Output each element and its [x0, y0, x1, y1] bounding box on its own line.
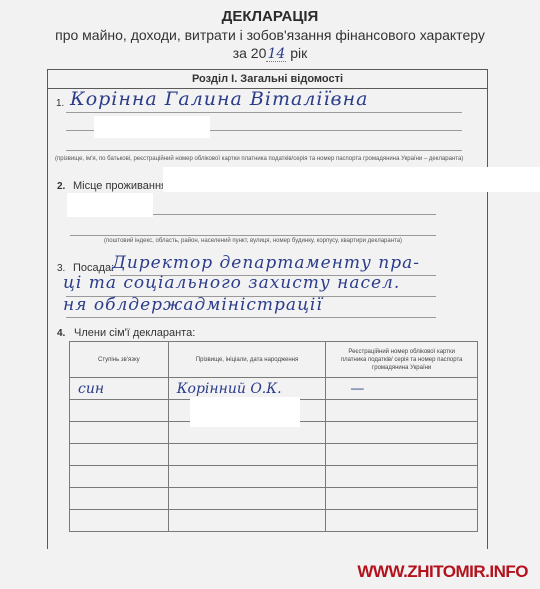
- redacted-block: [163, 167, 540, 192]
- cell-relation: [70, 400, 169, 422]
- header-tax-id: Реєстраційний номер облікової картки пла…: [326, 342, 478, 378]
- table-row: [70, 510, 478, 532]
- table-row: [70, 444, 478, 466]
- year-handwritten: 14: [266, 47, 286, 62]
- cell-tax-id: [326, 510, 478, 532]
- cell-name: [168, 466, 326, 488]
- family-members-label: Члени сім'ї декларанта:: [74, 327, 195, 339]
- redacted-block: [67, 193, 153, 217]
- header-relation: Ступінь зв'язку: [70, 342, 169, 378]
- cell-relation: [70, 422, 169, 444]
- declaration-year-line: за 2014 рік: [0, 45, 540, 62]
- item1-line-3: [66, 150, 462, 151]
- cell-tax-id: [326, 466, 478, 488]
- table-row: [70, 488, 478, 510]
- item2-line-1: [153, 214, 436, 215]
- redacted-block: [190, 397, 300, 427]
- section-title: Розділ І. Загальні відомості: [47, 69, 488, 89]
- item1-caption: (прізвище, ім'я, по батькові, реєстрацій…: [55, 156, 463, 162]
- document-title: ДЕКЛАРАЦІЯ: [0, 8, 540, 25]
- table-header-row: Ступінь зв'язку Прізвище, ініціали, дата…: [70, 342, 478, 378]
- cell-relation: [70, 510, 169, 532]
- site-watermark: WWW.ZHITOMIR.INFO: [357, 562, 528, 582]
- item2-caption: (поштовий індекс, область, район, населе…: [104, 238, 402, 244]
- year-prefix: за 20: [233, 45, 267, 61]
- item3-line-3: [66, 317, 436, 318]
- cell-tax-id: [326, 422, 478, 444]
- document-subtitle: про майно, доходи, витрати і зобов'язанн…: [0, 27, 540, 43]
- table-row: [70, 466, 478, 488]
- cell-relation: [70, 466, 169, 488]
- cell-name: [168, 510, 326, 532]
- family-members-table: Ступінь зв'язку Прізвище, ініціали, дата…: [69, 341, 478, 532]
- position-handwritten-line-3: ня облдержадміністрації: [63, 295, 323, 315]
- cell-tax-id: —: [326, 378, 478, 400]
- redacted-block: [94, 116, 210, 138]
- item2-number: 2.: [57, 181, 65, 192]
- item1-line-1: [66, 112, 462, 113]
- cell-tax-id: [326, 488, 478, 510]
- item1-number: 1.: [56, 98, 64, 109]
- cell-relation: [70, 444, 169, 466]
- year-suffix: рік: [290, 45, 307, 61]
- cell-relation: [70, 488, 169, 510]
- item4-number: 4.: [57, 328, 65, 339]
- cell-name: [168, 444, 326, 466]
- cell-tax-id: [326, 444, 478, 466]
- declarant-name-handwritten: Корінна Галина Віталіївна: [70, 88, 368, 110]
- cell-relation: син: [70, 378, 169, 400]
- residence-label: Місце проживання:: [73, 180, 170, 192]
- position-handwritten-line-1: Директор департаменту пра-: [112, 253, 420, 273]
- item2-line-2: [70, 235, 436, 236]
- cell-name: [168, 488, 326, 510]
- position-handwritten-line-2: ці та соціального захисту насел.: [63, 273, 400, 293]
- cell-tax-id: [326, 400, 478, 422]
- header-name: Прізвище, ініціали, дата народження: [168, 342, 326, 378]
